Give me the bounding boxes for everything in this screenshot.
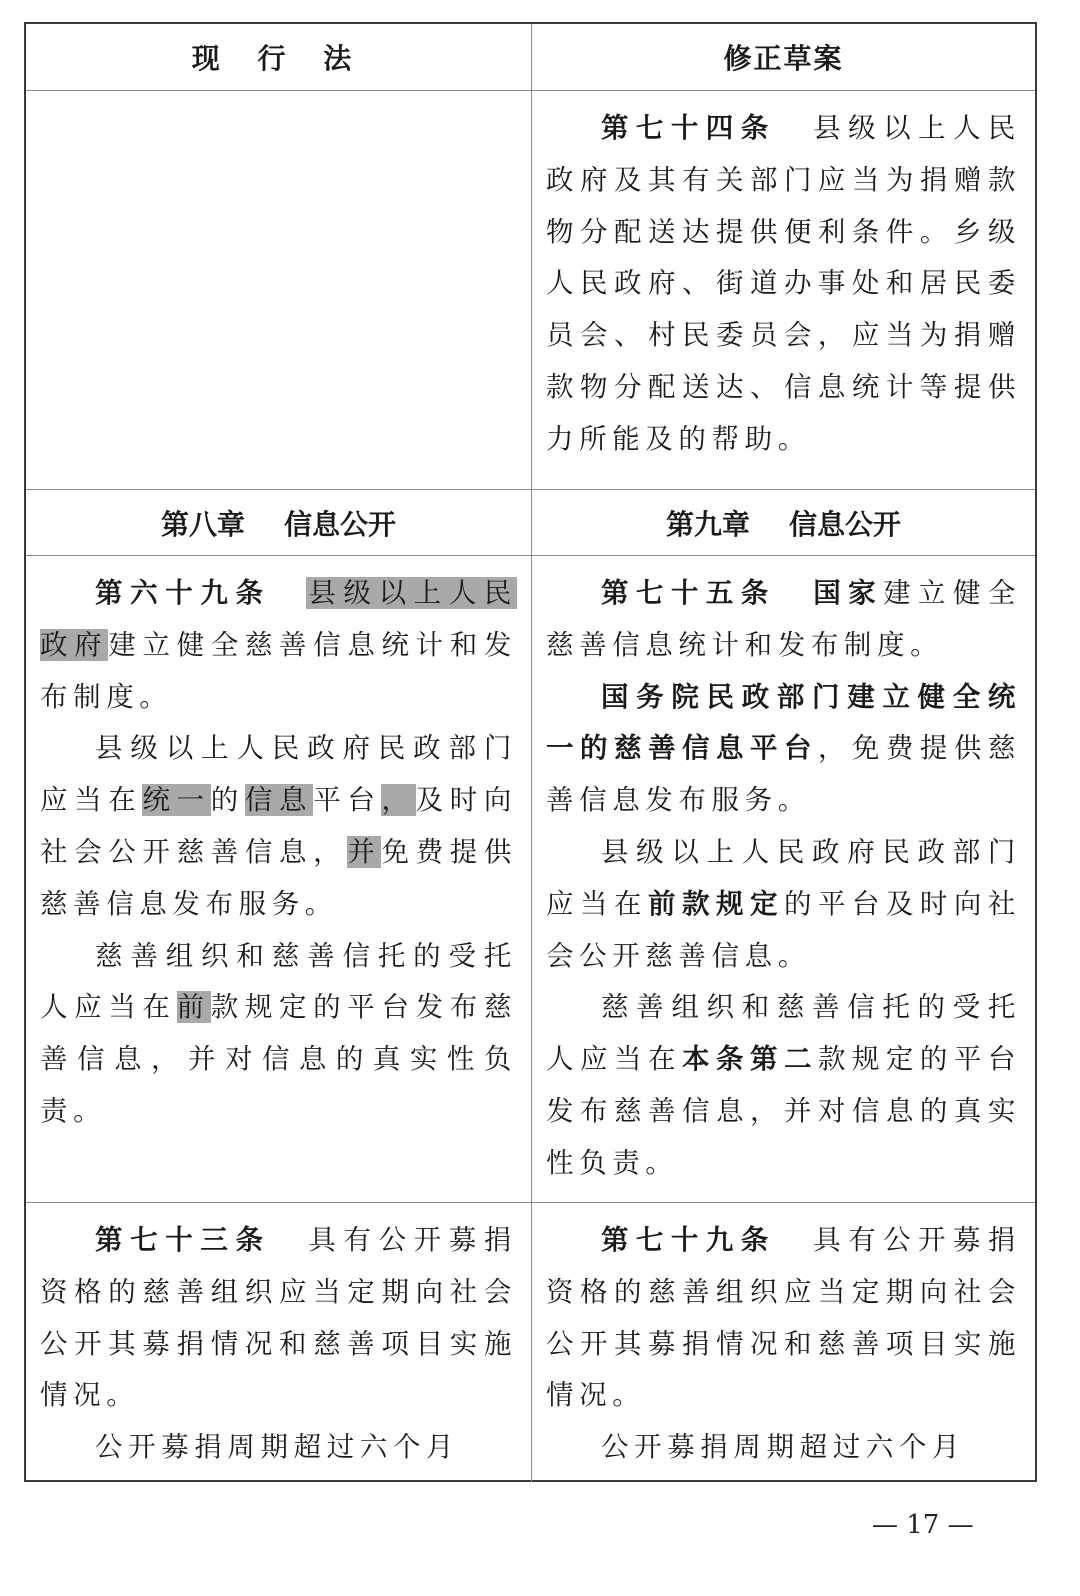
paragraph: 国务院民政部门建立健全统一的慈善信息平台，免费提供慈善信息发布服务。 xyxy=(546,672,1021,827)
paragraph: 公开募捐周期超过六个月 xyxy=(546,1422,1021,1474)
bold-text: 前款规定 xyxy=(648,888,784,920)
paragraph: 县级以上人民政府民政部门应当在前款规定的平台及时向社会公开慈善信息。 xyxy=(546,827,1021,982)
paragraph-text: 公开募捐周期超过六个月 xyxy=(95,1431,459,1463)
article-number: 第七十三条 xyxy=(95,1224,271,1256)
highlighted-text: 前 xyxy=(177,991,211,1023)
comparison-table: 现 行 法 修正草案 第七十四条县级以上人民政府及其有关部门应当为捐赠款物分配送… xyxy=(24,22,1037,1482)
chapter-number: 第九章 xyxy=(666,503,750,543)
paragraph-text: 的 xyxy=(211,784,245,816)
table-header-row: 现 行 法 修正草案 xyxy=(26,24,1035,90)
article-number: 第七十四条 xyxy=(601,112,776,144)
paragraph: 慈善组织和慈善信托的受托人应当在本条第二款规定的平台发布慈善信息，并对信息的真实… xyxy=(546,982,1021,1189)
chapter-title: 信息公开 xyxy=(789,503,901,543)
paragraph-text: 公开募捐周期超过六个月 xyxy=(601,1431,965,1463)
paragraph: 第七十三条具有公开募捐资格的慈善组织应当定期向社会公开其募捐情况和慈善项目实施情… xyxy=(40,1215,517,1422)
bold-text: 本条第二 xyxy=(682,1043,818,1075)
chapter-number: 第八章 xyxy=(161,503,245,543)
header-current-law-label: 现 行 法 xyxy=(192,37,366,77)
header-current-law: 现 行 法 xyxy=(26,24,532,90)
article-number: 第六十九条 xyxy=(95,577,271,609)
paragraph: 公开募捐周期超过六个月 xyxy=(40,1422,517,1474)
article-number: 第七十九条 xyxy=(601,1224,776,1256)
highlighted-text: ， xyxy=(381,784,415,816)
paragraph: 第六十九条县级以上人民政府建立健全慈善信息统计和发布制度。 xyxy=(40,568,517,723)
cell-draft-article-75: 第七十五条国家建立健全慈善信息统计和发布制度。 国务院民政部门建立健全统一的慈善… xyxy=(532,556,1035,1202)
page-number: — 17 — xyxy=(872,1510,974,1540)
table-row: 第六十九条县级以上人民政府建立健全慈善信息统计和发布制度。 县级以上人民政府民政… xyxy=(26,555,1035,1202)
highlighted-text: 并 xyxy=(347,836,381,868)
paragraph: 第七十九条具有公开募捐资格的慈善组织应当定期向社会公开其募捐情况和慈善项目实施情… xyxy=(546,1215,1021,1422)
chapter-draft: 第九章 信息公开 xyxy=(532,490,1035,555)
cell-current-article-73: 第七十三条具有公开募捐资格的慈善组织应当定期向社会公开其募捐情况和慈善项目实施情… xyxy=(26,1203,532,1482)
table-row: 第七十四条县级以上人民政府及其有关部门应当为捐赠款物分配送达提供便利条件。乡级人… xyxy=(26,90,1035,489)
table-row: 第七十三条具有公开募捐资格的慈善组织应当定期向社会公开其募捐情况和慈善项目实施情… xyxy=(26,1202,1035,1482)
paragraph: 第七十五条国家建立健全慈善信息统计和发布制度。 xyxy=(546,568,1021,672)
paragraph: 慈善组织和慈善信托的受托人应当在前款规定的平台发布慈善信息，并对信息的真实性负责… xyxy=(40,931,517,1138)
chapter-row: 第八章 信息公开 第九章 信息公开 xyxy=(26,489,1035,555)
header-draft-amendment-label: 修正草案 xyxy=(723,37,843,77)
article-number: 第七十五条 xyxy=(601,577,776,609)
chapter-current-law: 第八章 信息公开 xyxy=(26,490,532,555)
highlighted-text: 统一 xyxy=(142,784,210,816)
paragraph-text: 平台 xyxy=(313,784,381,816)
chapter-title: 信息公开 xyxy=(284,503,396,543)
cell-draft-article-79: 第七十九条具有公开募捐资格的慈善组织应当定期向社会公开其募捐情况和慈善项目实施情… xyxy=(532,1203,1035,1482)
highlighted-text: 信息 xyxy=(245,784,313,816)
cell-current-article-69: 第六十九条县级以上人民政府建立健全慈善信息统计和发布制度。 县级以上人民政府民政… xyxy=(26,556,532,1202)
paragraph: 县级以上人民政府民政部门应当在统一的信息平台，及时向社会公开慈善信息，并免费提供… xyxy=(40,723,517,930)
paragraph-text: 建立健全慈善信息统计和发布制度。 xyxy=(40,629,517,713)
cell-draft-article-74: 第七十四条县级以上人民政府及其有关部门应当为捐赠款物分配送达提供便利条件。乡级人… xyxy=(532,91,1035,489)
article-74-paragraph: 第七十四条县级以上人民政府及其有关部门应当为捐赠款物分配送达提供便利条件。乡级人… xyxy=(546,103,1021,466)
cell-current-law-empty xyxy=(26,91,532,489)
bold-text: 国家 xyxy=(811,577,883,609)
header-draft-amendment: 修正草案 xyxy=(532,24,1035,90)
article-body: 县级以上人民政府及其有关部门应当为捐赠款物分配送达提供便利条件。乡级人民政府、街… xyxy=(546,112,1021,455)
